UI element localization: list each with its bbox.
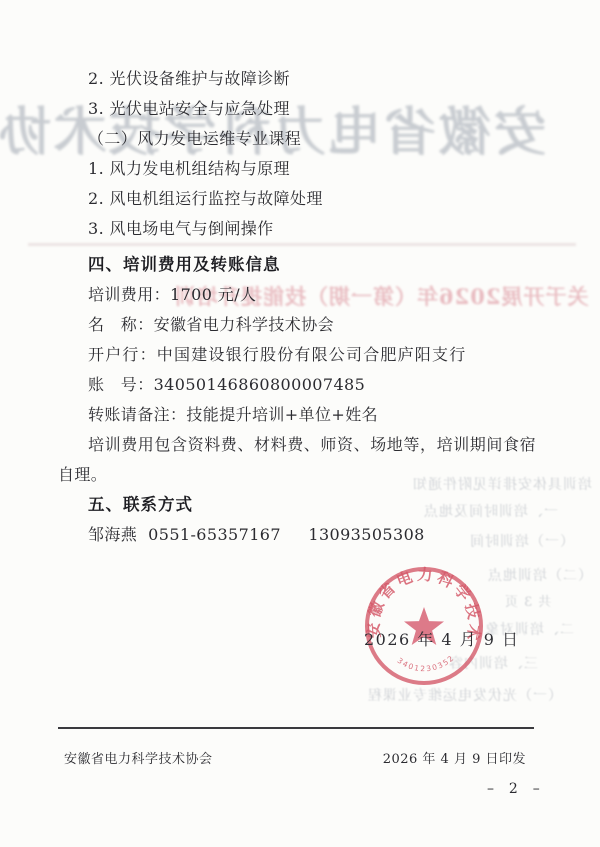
official-seal: 安徽省电力科学技术协会 3401230352875 [362, 564, 486, 688]
page-number: – 2 – [487, 781, 542, 797]
bank-branch-line: 开户行：中国建设银行股份有限公司合肥庐阳支行 [88, 344, 466, 366]
course-item: 1. 风力发电机组结构与原理 [88, 158, 290, 180]
section-heading-fees: 四、培训费用及转账信息 [88, 254, 281, 276]
bleedthrough-line: （二）培训地点 [487, 565, 592, 585]
section-heading-contact: 五、联系方式 [88, 494, 193, 516]
account-number-line: 账 号：34050146860800007485 [88, 374, 365, 396]
bleedthrough-red-rule [28, 243, 576, 246]
fee-amount-line: 培训费用：1700 元/人 [88, 284, 256, 306]
footer-issue-date: 2026 年 4 月 9 日印发 [383, 748, 526, 767]
bleedthrough-line: 培训具体安排详见附件通知 [412, 474, 592, 494]
bleedthrough-line: 一、培训时间及地点 [423, 501, 558, 521]
course-item: 2. 风电机组运行监控与故障处理 [88, 188, 323, 210]
document-date: 2026 年 4 月 9 日 [364, 627, 520, 650]
course-subsection-heading: （二）风力发电运维专业课程 [88, 128, 301, 150]
footer-divider-line [58, 727, 534, 729]
bleedthrough-line: 共 3 页 [504, 591, 552, 610]
fee-note-line: 培训费用包含资料费、材料费、师资、场地等，培训期间食宿 [88, 434, 536, 456]
bleedthrough-line: （一）光伏发电运维专业课程 [367, 685, 562, 705]
course-item: 2. 光伏设备维护与故障诊断 [88, 68, 290, 90]
fee-note-continuation: 自理。 [58, 464, 107, 486]
transfer-memo-line: 转账请备注：技能提升培训+单位+姓名 [88, 404, 378, 426]
course-item: 3. 风电场电气与倒闸操作 [88, 218, 274, 240]
footer-issuer: 安徽省电力科学技术协会 [64, 748, 213, 767]
bleedthrough-line: （一）培训时间 [469, 531, 574, 551]
account-name-line: 名 称：安徽省电力科学技术协会 [88, 314, 334, 336]
course-item: 3. 光伏电站安全与应急处理 [88, 98, 290, 120]
contact-line: 邹海燕 0551-65357167 13093505308 [88, 524, 425, 546]
scanned-document-page: 安徽省电力科学技术协会文件 关于开展2026年（第一期）技能提升培训 培训具体安… [0, 0, 600, 847]
